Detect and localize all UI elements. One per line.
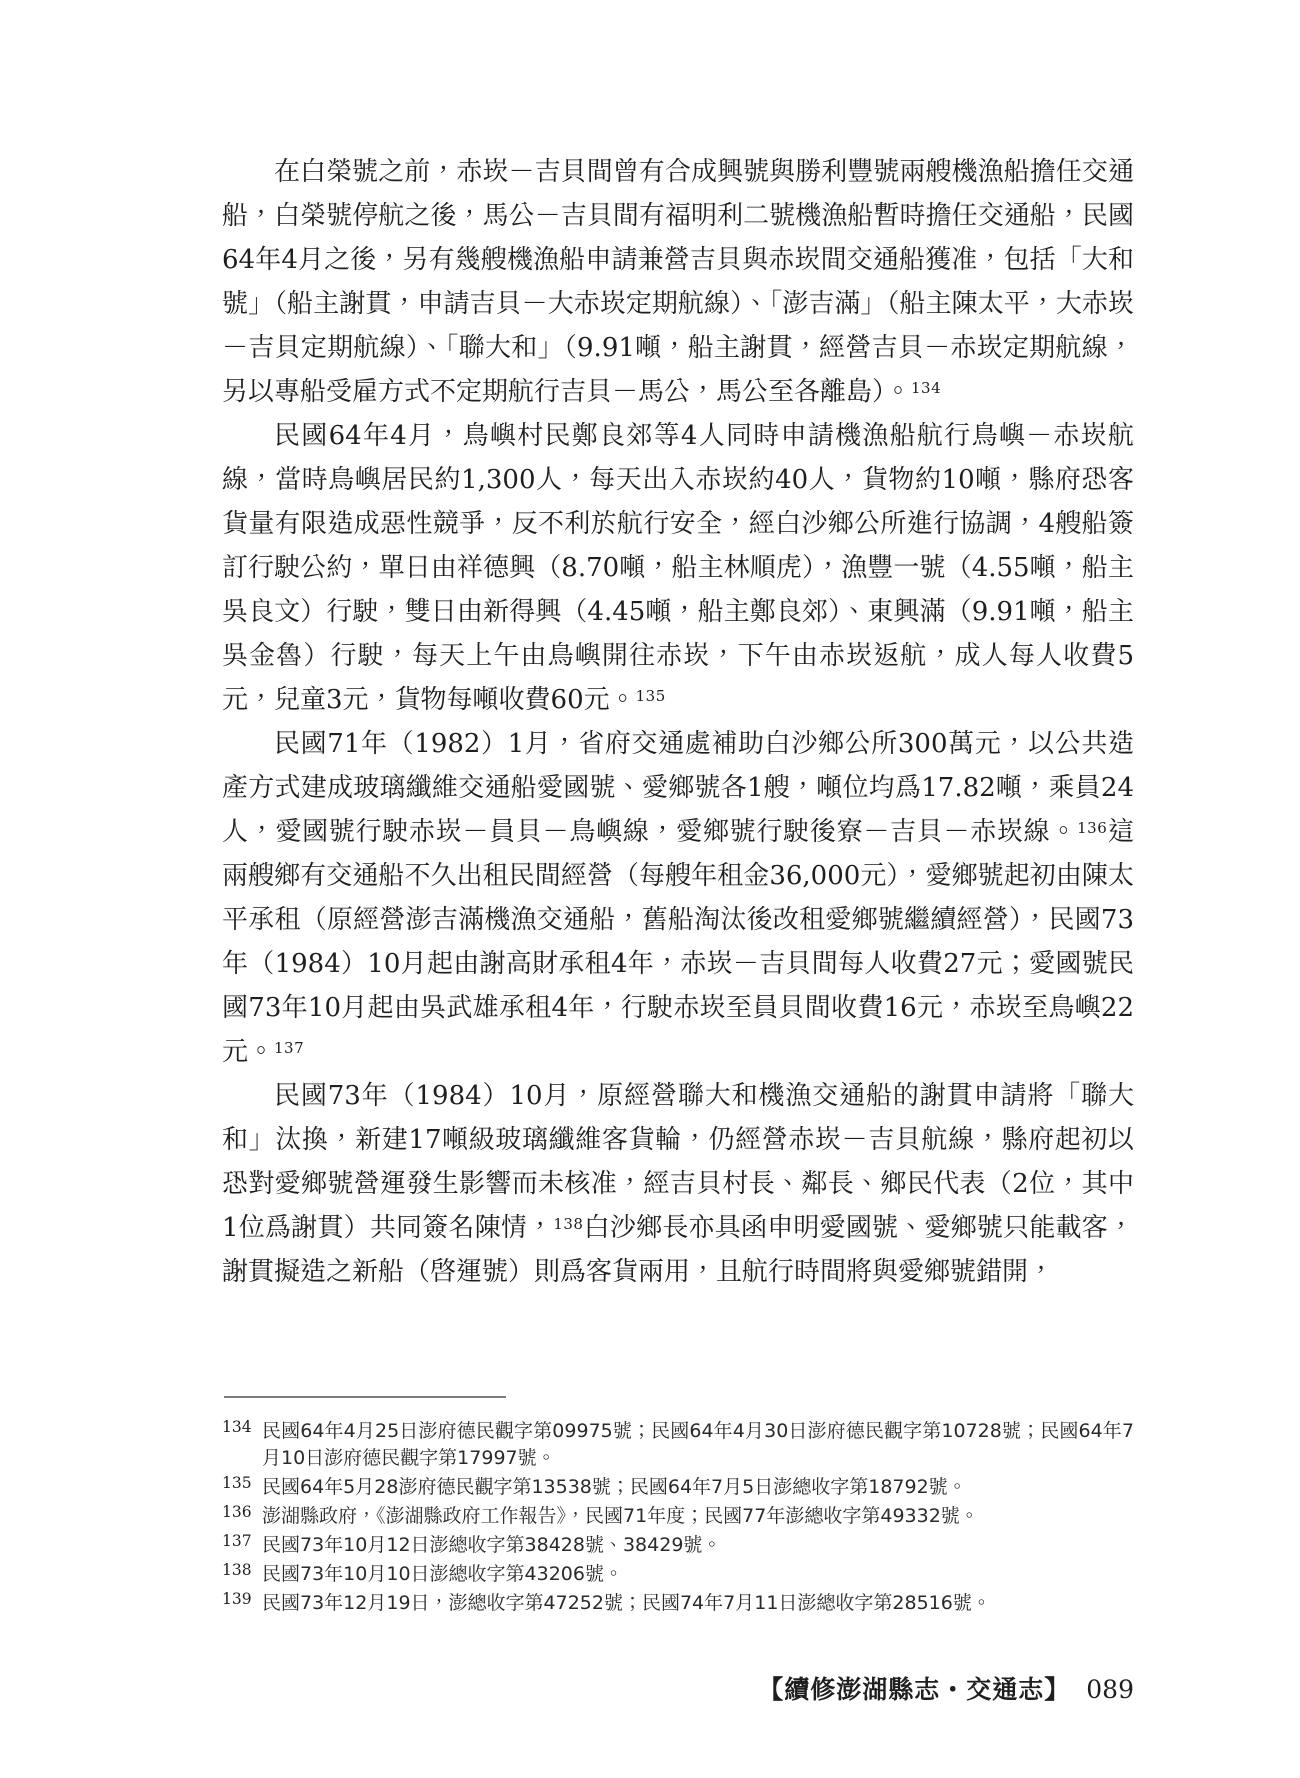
footnote-text: 澎湖縣政府，《澎湖縣政府工作報告》，民國71年度；民國77年澎總收字第49332…: [262, 1505, 979, 1527]
body-text: 在白榮號之前，赤崁－吉貝間曾有合成興號與勝利豐號兩艘機漁船擔任交通船，白榮號停航…: [222, 150, 1134, 1294]
page-footer: 【續修澎湖縣志・交通志】089: [758, 1670, 1134, 1706]
footnote-number: 139: [222, 1586, 252, 1613]
footnote-divider: [224, 1396, 506, 1398]
text-run: 民國64年4月，鳥嶼村民鄭良郊等4人同時申請機漁船航行鳥嶼－赤崁航線，當時鳥嶼居…: [222, 421, 1134, 715]
footnote-text: 民國73年12月19日，澎總收字第47252號；民國74年7月11日澎總收字第2…: [262, 1592, 991, 1614]
footnote-number: 136: [222, 1499, 252, 1526]
text-run: 這兩艘鄉有交通船不久出租民間經營（每艘年租金36,000元），愛鄉號起初由陳太平…: [222, 817, 1134, 1067]
footnote: 139民國73年12月19日，澎總收字第47252號；民國74年7月11日澎總收…: [222, 1590, 1134, 1617]
footnote: 135民國64年5月28澎府德民觀字第13538號；民國64年7月5日澎總收字第…: [222, 1474, 1134, 1501]
footnote: 134民國64年4月25日澎府德民觀字第09975號；民國64年4月30日澎府德…: [222, 1418, 1134, 1472]
footnote-ref: 138: [553, 1215, 583, 1233]
footer-page-number: 089: [1086, 1675, 1134, 1704]
footnote-number: 134: [222, 1414, 252, 1441]
text-run: 民國71年（1982）1月，省府交通處補助白沙鄉公所300萬元，以公共造產方式建…: [222, 729, 1134, 847]
paragraph: 在白榮號之前，赤崁－吉貝間曾有合成興號與勝利豐號兩艘機漁船擔任交通船，白榮號停航…: [222, 150, 1134, 414]
scanned-book-page: 在白榮號之前，赤崁－吉貝間曾有合成興號與勝利豐號兩艘機漁船擔任交通船，白榮號停航…: [0, 0, 1300, 1778]
footnote-list: 134民國64年4月25日澎府德民觀字第09975號；民國64年4月30日澎府德…: [222, 1418, 1134, 1617]
footnote-text: 民國64年4月25日澎府德民觀字第09975號；民國64年4月30日澎府德民觀字…: [262, 1420, 1134, 1469]
paragraph: 民國73年（1984）10月，原經營聯大和機漁交通船的謝貫申請將「聯大和」汰換，…: [222, 1074, 1134, 1294]
footnote-text: 民國73年10月12日澎總收字第38428號、38429號。: [262, 1534, 721, 1556]
text-run: 在白榮號之前，赤崁－吉貝間曾有合成興號與勝利豐號兩艘機漁船擔任交通船，白榮號停航…: [222, 157, 1134, 407]
footnote-number: 138: [222, 1557, 252, 1584]
footnote: 137民國73年10月12日澎總收字第38428號、38429號。: [222, 1532, 1134, 1559]
paragraph: 民國64年4月，鳥嶼村民鄭良郊等4人同時申請機漁船航行鳥嶼－赤崁航線，當時鳥嶼居…: [222, 414, 1134, 722]
footnote-text: 民國73年10月10日澎總收字第43206號。: [262, 1563, 623, 1585]
footnote-section: 134民國64年4月25日澎府德民觀字第09975號；民國64年4月30日澎府德…: [222, 1396, 1134, 1619]
paragraph: 民國71年（1982）1月，省府交通處補助白沙鄉公所300萬元，以公共造產方式建…: [222, 722, 1134, 1074]
footnote: 138民國73年10月10日澎總收字第43206號。: [222, 1561, 1134, 1588]
footnote-ref: 134: [911, 379, 941, 397]
footnote-number: 137: [222, 1528, 252, 1555]
footnote-ref: 135: [636, 687, 666, 705]
footnote: 136澎湖縣政府，《澎湖縣政府工作報告》，民國71年度；民國77年澎總收字第49…: [222, 1503, 1134, 1530]
footnote-text: 民國64年5月28澎府德民觀字第13538號；民國64年7月5日澎總收字第187…: [262, 1476, 967, 1498]
footnote-ref: 137: [274, 1039, 304, 1057]
footer-book-title: 【續修澎湖縣志・交通志】: [758, 1675, 1070, 1704]
footnote-number: 135: [222, 1470, 252, 1497]
footnote-ref: 136: [1077, 819, 1107, 837]
